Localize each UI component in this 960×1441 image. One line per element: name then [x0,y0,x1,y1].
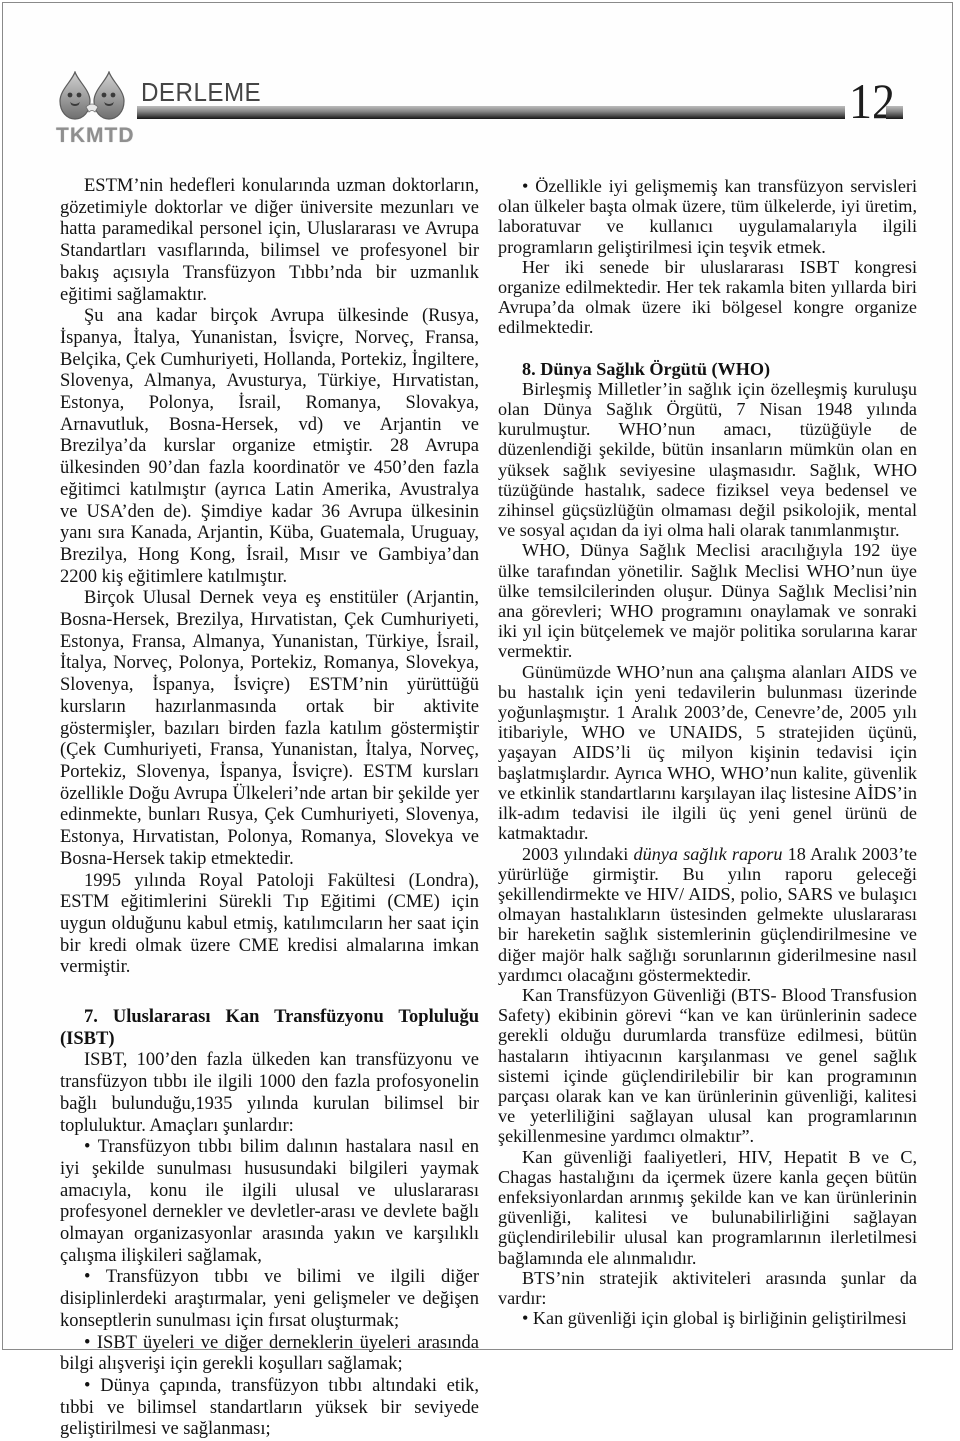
paragraph: BTS’nin stratejik aktiviteleri arasında … [498,1268,917,1308]
logo-text: TKMTD [56,125,138,146]
bullet-item: • Özellikle iyi gelişmemiş kan transfüzy… [498,176,917,257]
paragraph: ISBT, 100’den fazla ülkeden kan transfüz… [60,1050,479,1137]
bullet-item: • Kan güvenliği için global iş birliğini… [498,1308,917,1328]
article-body: ESTM’nin hedefleri konularında uzman dok… [60,176,917,1357]
paragraph: 2003 yılındaki dünya sağlık raporu 18 Ar… [498,844,917,985]
bullet-item: • Transfüzyon tıbbı ve bilimi ve ilgili … [60,1267,479,1332]
paragraph-text: 2003 yılındaki [522,844,634,864]
section-label: DERLEME [141,79,261,105]
paragraph: Kan güvenliği faaliyetleri, HIV, Hepatit… [498,1147,917,1268]
section-heading-7: 7. Uluslararası Kan Transfüzyonu Toplulu… [60,1007,479,1050]
paragraph: Birleşmiş Milletler’in sağlık için özell… [498,379,917,541]
blood-drops-icon [56,71,128,121]
paragraph-text: 18 Aralık 2003’te yürürlüğe girmiştir. B… [498,844,917,985]
paragraph: ESTM’nin hedefleri konularında uzman dok… [60,176,479,306]
bullet-item: • Transfüzyon tıbbı bilim dalının hastal… [60,1137,479,1267]
right-column: • Özellikle iyi gelişmemiş kan transfüzy… [498,176,917,1357]
header-accent-square [886,106,903,119]
header-rule-bar [137,106,845,119]
paragraph: Şu ana kadar birçok Avrupa ülkesinde (Ru… [60,306,479,588]
paragraph: WHO, Dünya Sağlık Meclisi aracılığıyla 1… [498,540,917,661]
italic-report-title: dünya sağlık raporu [634,844,783,864]
paragraph: 1995 yılında Royal Patoloji Fakültesi (L… [60,871,479,980]
paragraph: Günümüzde WHO’nun ana çalışma alanları A… [498,662,917,844]
tkmtd-logo: TKMTD [56,71,138,146]
paragraph: Her iki senede bir uluslararası ISBT kon… [498,257,917,338]
paragraph: Kan Transfüzyon Güvenliği (BTS- Blood Tr… [498,985,917,1147]
paragraph: Birçok Ulusal Dernek veya eş enstitüler … [60,588,479,870]
left-column: ESTM’nin hedefleri konularında uzman dok… [60,176,479,1357]
bullet-item: • ISBT üyeleri ve diğer derneklerin üyel… [60,1333,479,1357]
section-heading-8: 8. Dünya Sağlık Örgütü (WHO) [498,359,917,379]
